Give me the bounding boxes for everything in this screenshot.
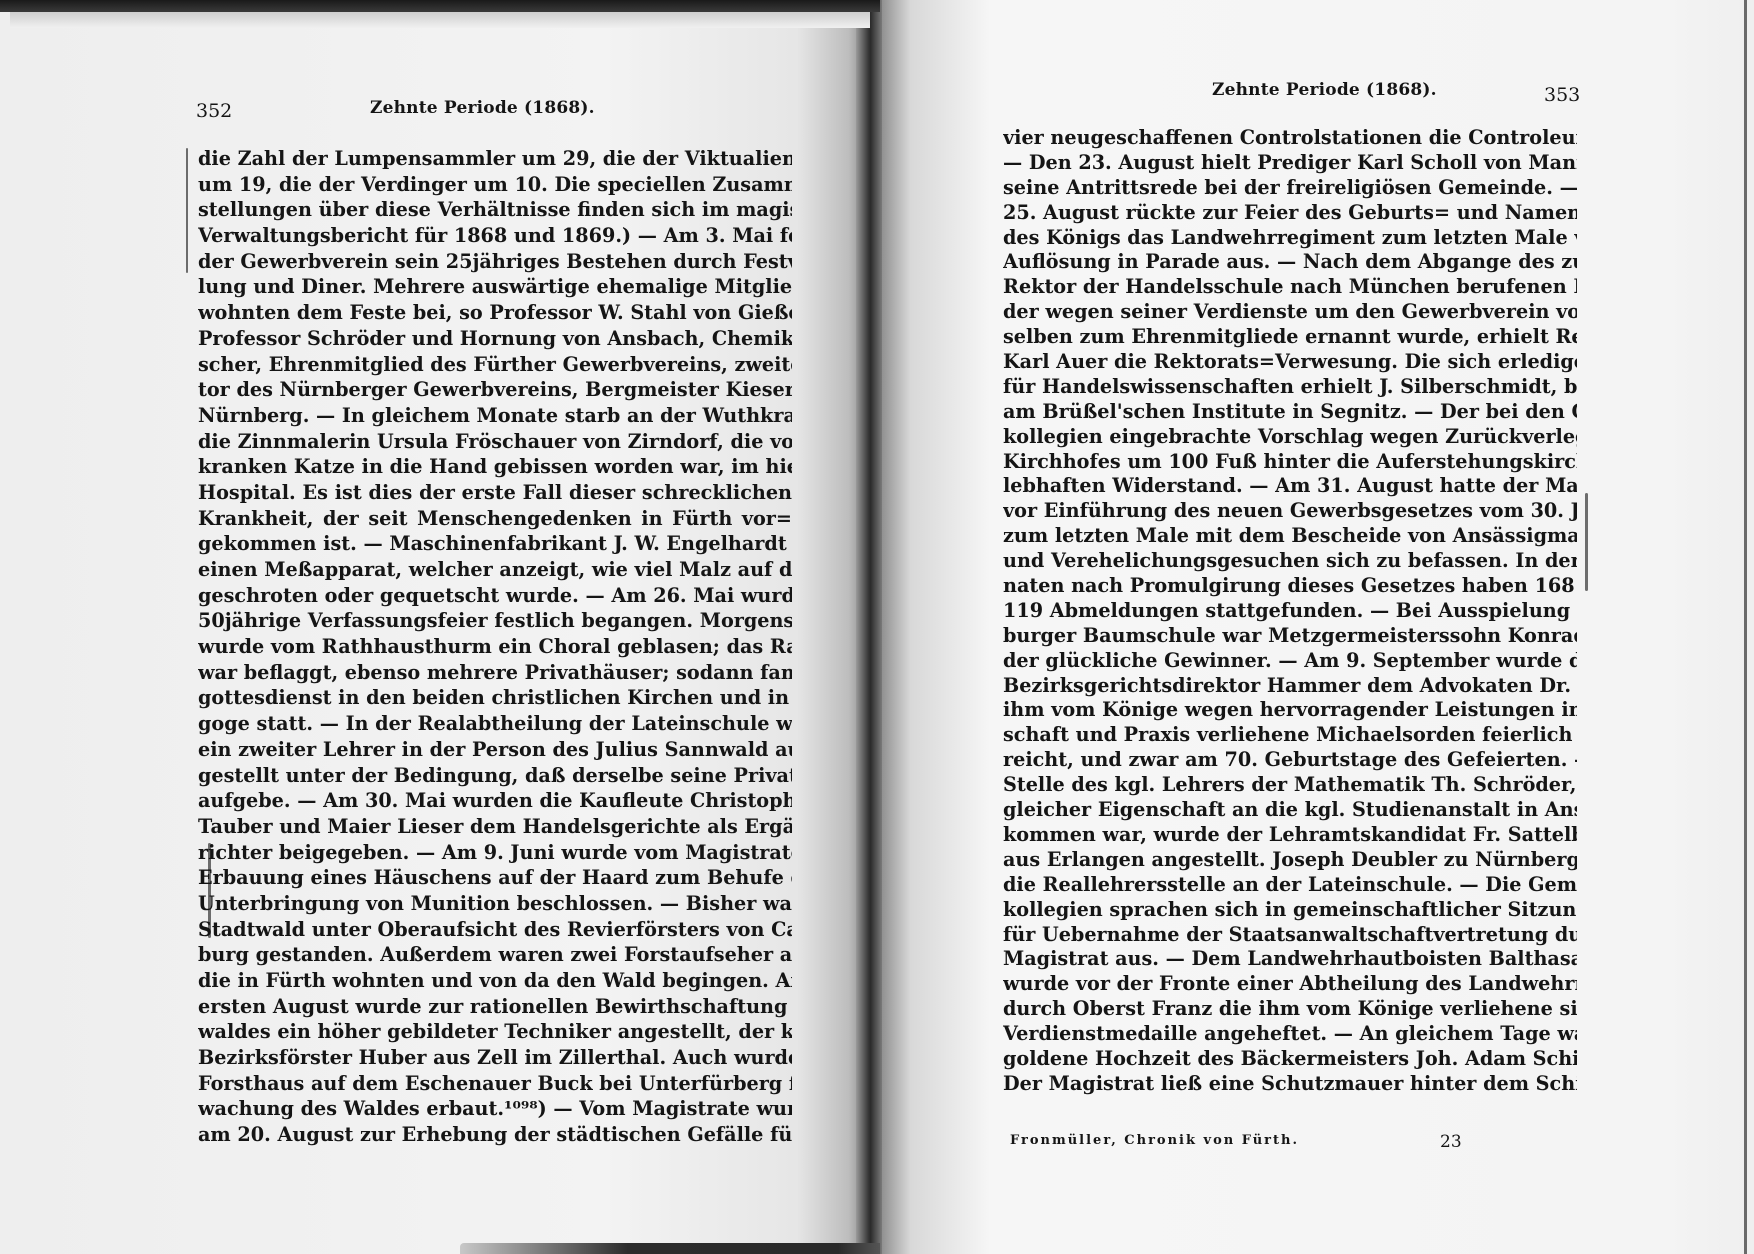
text-line: der glückliche Gewinner. — Am 9. Septemb… <box>1003 649 1577 674</box>
text-line: burger Baumschule war Metzgermeisterssoh… <box>1003 624 1577 649</box>
text-line: die Zahl der Lumpensammler um 29, die de… <box>198 146 792 172</box>
text-line: zum letzten Male mit dem Bescheide von A… <box>1003 524 1577 549</box>
scanner-edge-shadow-top <box>0 0 880 12</box>
text-line: kollegien sprachen sich in gemeinschaftl… <box>1003 898 1577 923</box>
left-page-body: die Zahl der Lumpensammler um 29, die de… <box>198 146 792 1148</box>
text-line: reicht, und zwar am 70. Geburtstage des … <box>1003 748 1577 773</box>
text-line: vier neugeschaffenen Controlstationen di… <box>1003 126 1577 151</box>
text-line: Rektor der Handelsschule nach München be… <box>1003 275 1577 300</box>
text-line: schaft und Praxis verliehene Michaelsord… <box>1003 723 1577 748</box>
text-line: Bezirksförster Huber aus Zell im Zillert… <box>198 1045 792 1071</box>
text-line: des Königs das Landwehrregiment zum letz… <box>1003 226 1577 251</box>
text-line: wurde vor der Fronte einer Abtheilung de… <box>1003 972 1577 997</box>
text-line: gleicher Eigenschaft an die kgl. Studien… <box>1003 798 1577 823</box>
text-line: der Gewerbverein sein 25jähriges Bestehe… <box>198 249 792 275</box>
text-line: Kirchhofes um 100 Fuß hinter die Auferst… <box>1003 450 1577 475</box>
page-top-fade <box>10 12 870 28</box>
text-line: gekommen ist. — Maschinenfabrikant J. W.… <box>198 531 792 557</box>
text-line: Tauber und Maier Lieser dem Handelsgeric… <box>198 814 792 840</box>
text-line: am Brüßel'schen Institute in Segnitz. — … <box>1003 400 1577 425</box>
pencil-margin-mark <box>1585 493 1588 591</box>
text-line: wachung des Waldes erbaut.¹⁰⁹⁸) — Vom Ma… <box>198 1096 792 1122</box>
text-line: richter beigegeben. — Am 9. Juni wurde v… <box>198 840 792 866</box>
text-line: die Reallehrersstelle an der Lateinschul… <box>1003 873 1577 898</box>
text-line: wurde vom Rathhausthurm ein Choral gebla… <box>198 634 792 660</box>
text-line: 119 Abmeldungen stattgefunden. — Bei Aus… <box>1003 599 1577 624</box>
text-line: ersten August wurde zur rationellen Bewi… <box>198 994 792 1020</box>
text-line: Bezirksgerichtsdirektor Hammer dem Advok… <box>1003 674 1577 699</box>
text-line: scher, Ehrenmitglied des Fürther Gewerbv… <box>198 352 792 378</box>
text-line: gestellt unter der Bedingung, daß dersel… <box>198 763 792 789</box>
text-line: am 20. August zur Erhebung der städtisch… <box>198 1122 792 1148</box>
text-line: Stadtwald unter Oberaufsicht des Revierf… <box>198 917 792 943</box>
text-line: Karl Auer die Rektorats=Verwesung. Die s… <box>1003 350 1577 375</box>
text-line: goldene Hochzeit des Bäckermeisters Joh.… <box>1003 1047 1577 1072</box>
text-line: durch Oberst Franz die ihm vom Könige ve… <box>1003 997 1577 1022</box>
text-line: aufgebe. — Am 30. Mai wurden die Kaufleu… <box>198 788 792 814</box>
text-line: Der Magistrat ließ eine Schutzmauer hint… <box>1003 1072 1577 1097</box>
footer-signature-mark: 23 <box>1440 1132 1462 1152</box>
text-line: Stelle des kgl. Lehrers der Mathematik T… <box>1003 773 1577 798</box>
footer-book-title: Fronmüller, Chronik von Fürth. <box>1010 1133 1299 1148</box>
text-line: 50jährige Verfassungsfeier festlich bega… <box>198 608 792 634</box>
pencil-margin-mark <box>186 148 188 273</box>
text-line: lung und Diner. Mehrere auswärtige ehema… <box>198 274 792 300</box>
book-spread: 352 Zehnte Periode (1868). die Zahl der … <box>0 0 1754 1254</box>
text-line: Verdienstmedaille angeheftet. — An gleic… <box>1003 1022 1577 1047</box>
text-line: goge statt. — In der Realabtheilung der … <box>198 711 792 737</box>
text-line: naten nach Promulgirung dieses Gesetzes … <box>1003 574 1577 599</box>
text-line: wohnten dem Feste bei, so Professor W. S… <box>198 300 792 326</box>
text-line: für Handelswissenschaften erhielt J. Sil… <box>1003 375 1577 400</box>
text-line: stellungen über diese Verhältnisse finde… <box>198 197 792 223</box>
text-line: 25. August rückte zur Feier des Geburts=… <box>1003 201 1577 226</box>
text-line: die in Fürth wohnten und von da den Wald… <box>198 968 792 994</box>
text-line: war beflaggt, ebenso mehrere Privathäuse… <box>198 660 792 686</box>
text-line: Verwaltungsbericht für 1868 und 1869.) —… <box>198 223 792 249</box>
right-page-number: 353 <box>1544 84 1580 106</box>
right-page-body: vier neugeschaffenen Controlstationen di… <box>1003 126 1577 1122</box>
text-line: die Zinnmalerin Ursula Fröschauer von Zi… <box>198 429 792 455</box>
text-line: gottesdienst in den beiden christlichen … <box>198 685 792 711</box>
text-line: Nürnberg. — In gleichem Monate starb an … <box>198 403 792 429</box>
text-line: Krankheit, der seit Menschengedenken in … <box>198 506 792 532</box>
text-line: der wegen seiner Verdienste um den Gewer… <box>1003 300 1577 325</box>
text-line: tor des Nürnberger Gewerbvereins, Bergme… <box>198 377 792 403</box>
text-line: Erbauung eines Häuschens auf der Haard z… <box>198 865 792 891</box>
text-line: Unterbringung von Munition beschlossen. … <box>198 891 792 917</box>
text-line: kommen war, wurde der Lehramtskandidat F… <box>1003 823 1577 848</box>
text-line: Magistrat aus. — Dem Landwehrhautboisten… <box>1003 947 1577 972</box>
text-line: Hospital. Es ist dies der erste Fall die… <box>198 480 792 506</box>
text-line: seine Antrittsrede bei der freireligiöse… <box>1003 176 1577 201</box>
text-line: Forsthaus auf dem Eschenauer Buck bei Un… <box>198 1071 792 1097</box>
text-line: um 19, die der Verdinger um 10. Die spec… <box>198 172 792 198</box>
page-edge <box>1744 0 1747 1254</box>
text-line: vor Einführung des neuen Gewerbsgesetzes… <box>1003 499 1577 524</box>
right-running-head: Zehnte Periode (1868). <box>1212 80 1437 100</box>
text-line: geschroten oder gequetscht wurde. — Am 2… <box>198 583 792 609</box>
text-line: ihm vom Könige wegen hervorragender Leis… <box>1003 698 1577 723</box>
text-line: aus Erlangen angestellt. Joseph Deubler … <box>1003 848 1577 873</box>
left-page-number: 352 <box>196 100 232 122</box>
left-running-head: Zehnte Periode (1868). <box>370 98 595 118</box>
scanner-edge-shadow-bottom <box>460 1243 880 1254</box>
text-line <box>1003 1097 1577 1122</box>
text-line: Auflösung in Parade aus. — Nach dem Abga… <box>1003 250 1577 275</box>
text-line: lebhaften Widerstand. — Am 31. August ha… <box>1003 474 1577 499</box>
text-line: und Verehelichungsgesuchen sich zu befas… <box>1003 549 1577 574</box>
text-line: einen Meßapparat, welcher anzeigt, wie v… <box>198 557 792 583</box>
text-line: — Den 23. August hielt Prediger Karl Sch… <box>1003 151 1577 176</box>
text-line: kranken Katze in die Hand gebissen worde… <box>198 454 792 480</box>
text-line: burg gestanden. Außerdem waren zwei Fors… <box>198 942 792 968</box>
text-line: für Uebernahme der Staatsanwaltschaftver… <box>1003 923 1577 948</box>
text-line: ein zweiter Lehrer in der Person des Jul… <box>198 737 792 763</box>
text-line: selben zum Ehrenmitgliede ernannt wurde,… <box>1003 325 1577 350</box>
text-line: kollegien eingebrachte Vorschlag wegen Z… <box>1003 425 1577 450</box>
book-gutter-shadow <box>856 0 882 1254</box>
text-line: Professor Schröder und Hornung von Ansba… <box>198 326 792 352</box>
text-line: waldes ein höher gebildeter Techniker an… <box>198 1019 792 1045</box>
